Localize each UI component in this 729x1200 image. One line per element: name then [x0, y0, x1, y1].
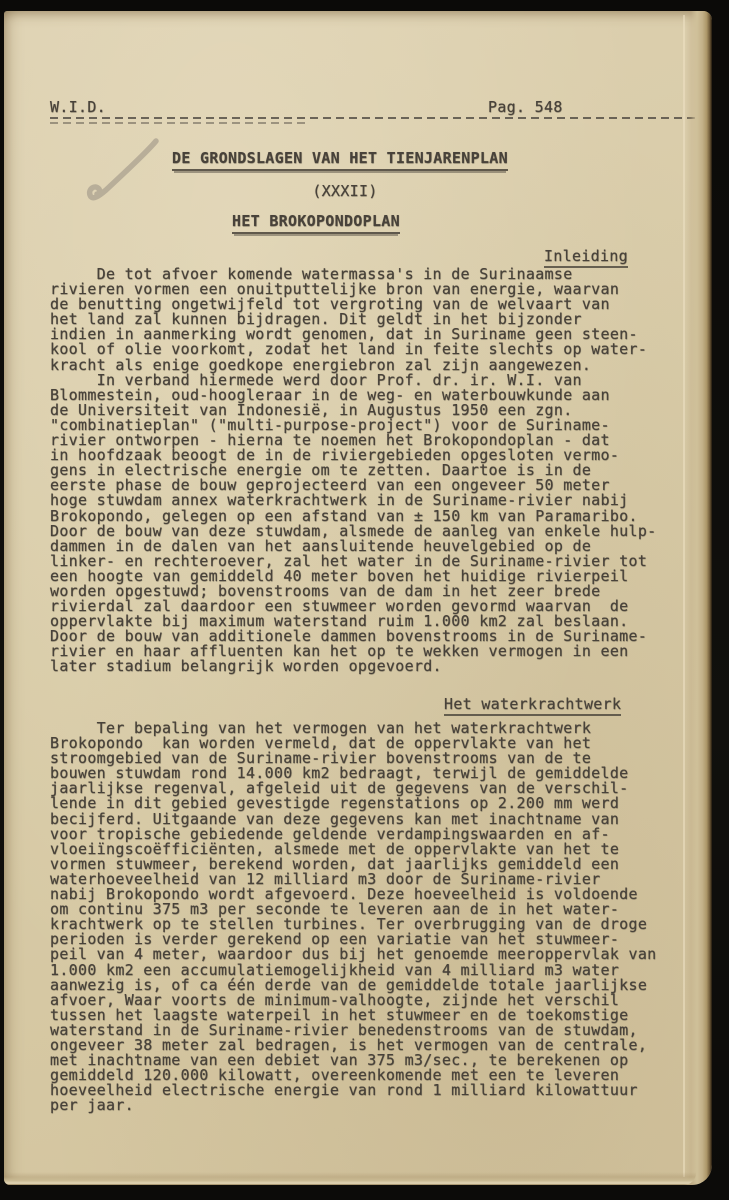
- header-dashed-rule: [50, 117, 702, 119]
- pencil-mark: [82, 133, 174, 217]
- document-page: W.I.D. Pag. 548 DE GRONDSLAGEN VAN HET T…: [4, 11, 712, 1185]
- heading-waterkrachtwerk: Het waterkrachtwerk: [444, 695, 621, 716]
- header-left-code: W.I.D.: [50, 98, 106, 116]
- section-title: HET BROKOPONDOPLAN: [232, 212, 400, 234]
- header-dashed-rule-secondary: [50, 122, 310, 124]
- page-number: Pag. 548: [488, 98, 563, 116]
- paragraph-waterkrachtwerk: Ter bepaling van het vermogen van het wa…: [50, 721, 657, 1113]
- document-title: DE GRONDSLAGEN VAN HET TIENJARENPLAN: [172, 149, 508, 171]
- page-stack-right-edge: [685, 11, 712, 1185]
- document-subtitle: (XXXII): [172, 182, 518, 200]
- scanned-document-photo: { "header": { "left": "W.I.D.", "right":…: [0, 0, 729, 1200]
- paragraph-inleiding: De tot afvoer komende watermassa's in de…: [50, 267, 657, 675]
- page-stack-bottom-edge: [4, 1172, 696, 1185]
